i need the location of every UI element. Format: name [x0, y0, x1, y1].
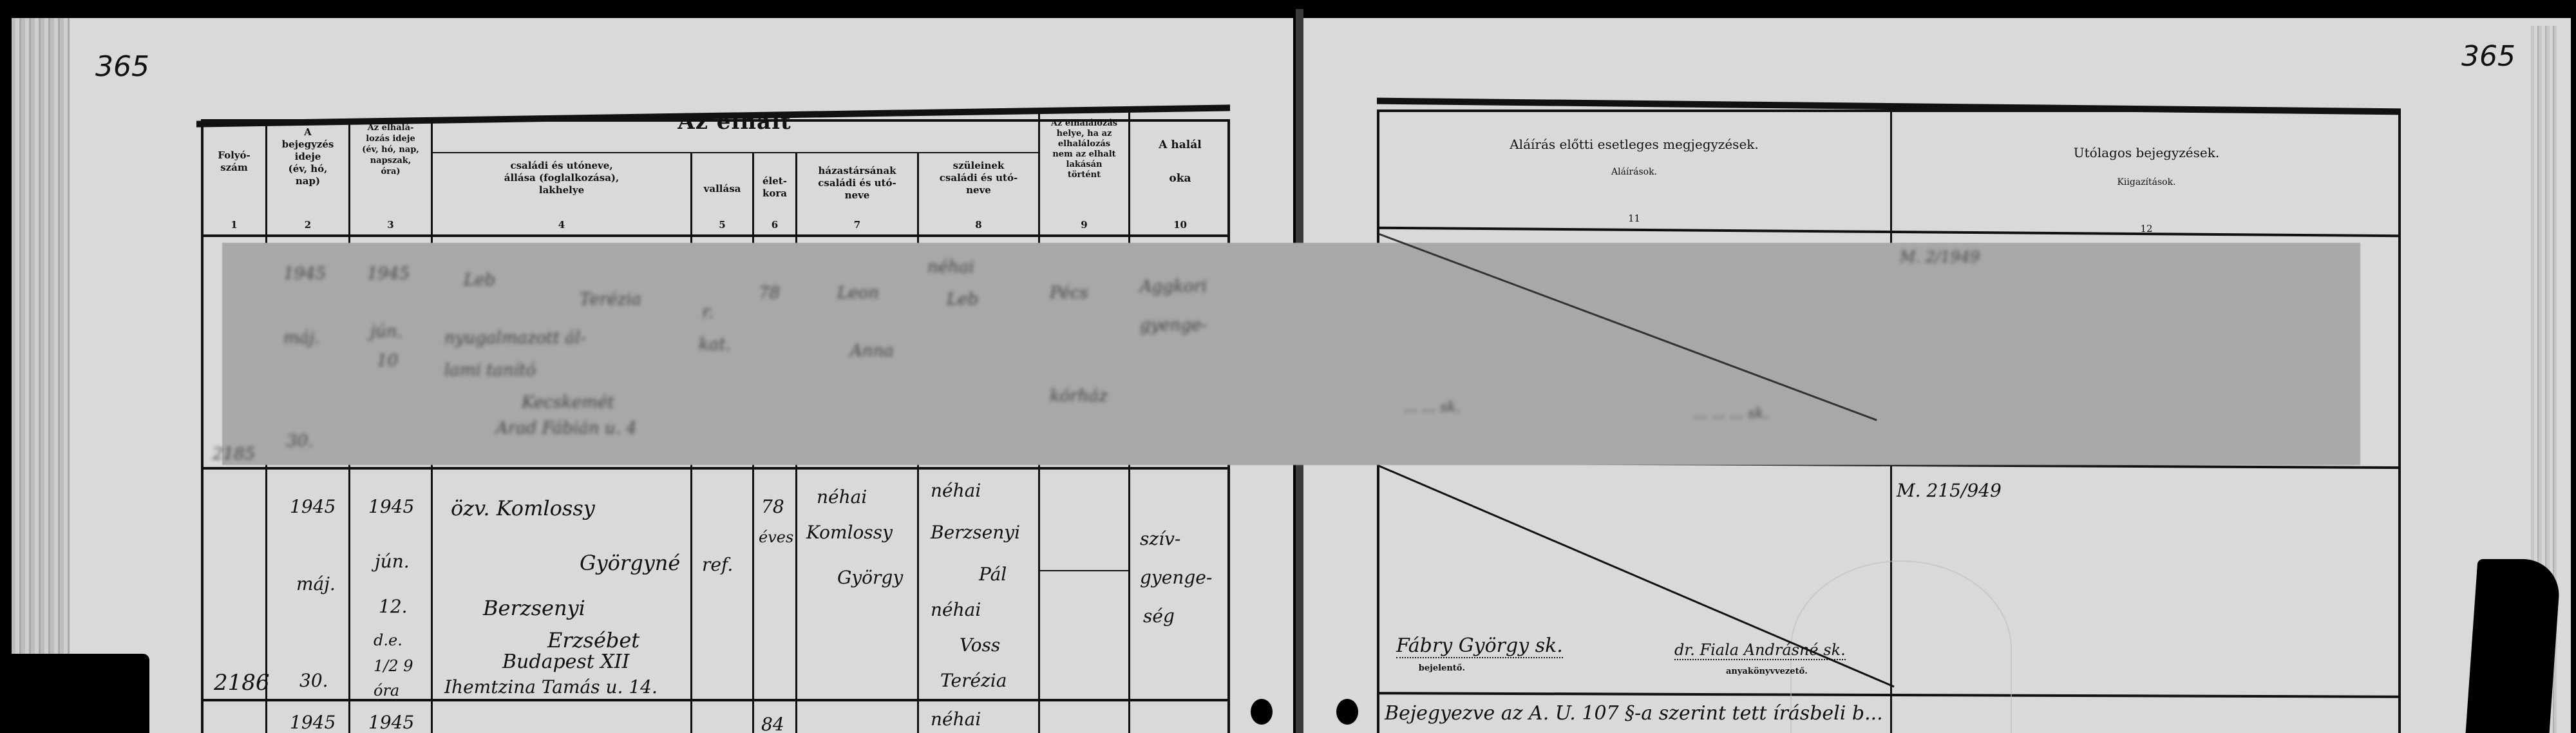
col-header-6: élet- kora — [754, 175, 795, 200]
col-header-5: vallása — [692, 183, 752, 195]
binder-hole-left — [1251, 699, 1273, 725]
col-number-10: 10 — [1130, 219, 1230, 231]
col-number-6: 6 — [754, 219, 795, 231]
col-header-2: A bejegyzés ideje (év, hó, nap) — [267, 126, 348, 187]
left-page-edge-stack — [12, 18, 70, 733]
age: 78 — [759, 283, 780, 303]
death-place: kórház — [1050, 386, 1108, 406]
mother-name: Voss — [960, 634, 1000, 656]
group-header-az-elhalt: Az elhalt — [431, 116, 1038, 128]
deceased-name-line: özv. Komlossy — [451, 496, 595, 520]
deceased-occupation-line: lami tanító — [444, 361, 536, 380]
col-header-7: házastársának családi és utó- neve — [797, 165, 917, 202]
deceased-name-line: Terézia — [580, 290, 641, 309]
registrar-signature: dr. Fiala Andrásné sk. — [1674, 641, 1846, 660]
col-header-1: Folyó- szám — [203, 149, 265, 174]
cause-of-death: gyenge- — [1140, 316, 1207, 335]
later-notes: M. 2/1949 — [1900, 248, 1980, 266]
col-header-4: családi és utóneve, állása (foglalkozása… — [433, 160, 690, 196]
col-number-2: 2 — [267, 219, 348, 231]
col-header-9: Az elhalálozás helye, ha az elhalálozás … — [1040, 119, 1128, 180]
parents-name: néhai — [927, 258, 974, 277]
entry-date-month: máj. — [283, 328, 319, 348]
deceased-occupation-line: nyugalmazott ál- — [444, 328, 586, 348]
spouse-name: Anna — [850, 341, 894, 361]
entry-serial: 2186 — [214, 670, 270, 696]
page-number-left: 365 — [95, 50, 149, 83]
spouse-name: György — [837, 567, 903, 588]
declarant-signature: Fábry György sk. — [1396, 634, 1563, 658]
binder-hole-right — [1336, 699, 1358, 725]
col-header-3: Az elhalá- lozás ideje (év, hó, nap, nap… — [350, 122, 431, 177]
col-number-1: 1 — [203, 219, 265, 231]
parents-name: Leb — [947, 290, 978, 309]
col-number-12: 12 — [1892, 223, 2401, 234]
deceased-residence-line: Kecskemét — [522, 393, 614, 412]
deceased-name-line: Leb — [464, 271, 495, 290]
col-number-9: 9 — [1040, 219, 1128, 231]
death-date-year: 1945 — [368, 496, 414, 517]
death-hour-unit: óra — [374, 681, 399, 700]
col-number-4: 4 — [433, 219, 690, 231]
entry-date-month: máj. — [296, 573, 336, 595]
spouse-name: Leon — [837, 283, 879, 303]
death-date-year: 1945 — [367, 264, 410, 283]
age: 78 — [761, 496, 784, 517]
death-date-month: jún. — [370, 322, 402, 341]
religion: ref. — [702, 554, 733, 575]
deceased-name-line: Györgyné — [580, 551, 680, 575]
father-name: Pál — [979, 564, 1007, 585]
declarant-signature: ... ... sk. — [1404, 399, 1461, 415]
religion: r. — [702, 303, 714, 322]
col-subheader-11: Aláírások. — [1378, 166, 1890, 178]
death-date-day: 12. — [379, 596, 408, 617]
cause-of-death: gyenge- — [1140, 567, 1212, 588]
col-header-10: A halál oka — [1130, 137, 1230, 187]
entry-date-year: 1945 — [290, 712, 336, 733]
father-prefix: néhai — [931, 480, 981, 501]
cause-of-death: Aggkori — [1140, 277, 1207, 296]
deceased-maiden-name: Erzsébet — [547, 628, 639, 652]
parents-prefix: néhai — [931, 709, 981, 730]
deceased-residence-line: Ihemtzina Tamás u. 14. — [444, 676, 658, 698]
death-daypart: d.e. — [374, 631, 402, 649]
spouse-name: néhai — [817, 486, 867, 508]
mother-prefix: néhai — [931, 599, 981, 620]
registrar-signature: ... ... ... sk. — [1694, 406, 1768, 422]
death-hour: 1/2 9 — [374, 657, 413, 675]
deceased-residence-line: Budapest XII — [502, 651, 629, 673]
later-notes: M. 215/949 — [1897, 480, 2002, 501]
col-number-8: 8 — [919, 219, 1038, 231]
book-clip-right — [2466, 559, 2562, 733]
declarant-label: bejelentő. — [1381, 663, 1465, 673]
entry-serial: 2185 — [213, 444, 255, 464]
death-place: Pécs — [1050, 283, 1088, 303]
deceased-maiden-name: Berzsenyi — [483, 596, 585, 620]
deceased-residence-line: Arad Fábián u. 4 — [496, 419, 637, 438]
page-number-right: 365 — [2461, 40, 2515, 73]
entry-date-year: 1945 — [290, 496, 336, 517]
death-date-day: 10 — [377, 351, 398, 370]
col-header-11: Aláírás előtti esetleges megjegyzések. — [1378, 138, 1890, 151]
father-name: Berzsenyi — [931, 522, 1020, 543]
col-header-12: Utólagos bejegyzések. — [1892, 147, 2401, 159]
col-number-11: 11 — [1378, 213, 1890, 224]
registration-note: Bejegyezve az A. U. 107 §-a szerint tett… — [1385, 702, 1883, 725]
registrar-label: anyakönyvvezető. — [1726, 667, 1808, 676]
age-unit: éves — [759, 528, 793, 546]
col-subheader-12: Kiigazítások. — [1892, 176, 2401, 189]
cause-of-death: szív- — [1140, 528, 1180, 549]
cause-of-death: ség — [1143, 605, 1175, 627]
book-clip-left — [6, 654, 149, 733]
spouse-name: Komlossy — [806, 522, 893, 543]
death-date-year: 1945 — [368, 712, 414, 733]
col-number-3: 3 — [350, 219, 431, 231]
mother-name: Terézia — [940, 670, 1007, 691]
col-number-5: 5 — [692, 219, 752, 231]
death-date-month: jún. — [375, 551, 410, 572]
age: 84 — [761, 714, 784, 733]
entry-date-year: 1945 — [283, 264, 326, 283]
entry-date-day: 30. — [287, 432, 313, 451]
col-number-7: 7 — [797, 219, 917, 231]
religion: kat. — [699, 335, 731, 354]
col-header-8: szüleinek családi és utó- neve — [919, 160, 1038, 196]
entry-date-day: 30. — [299, 670, 328, 691]
